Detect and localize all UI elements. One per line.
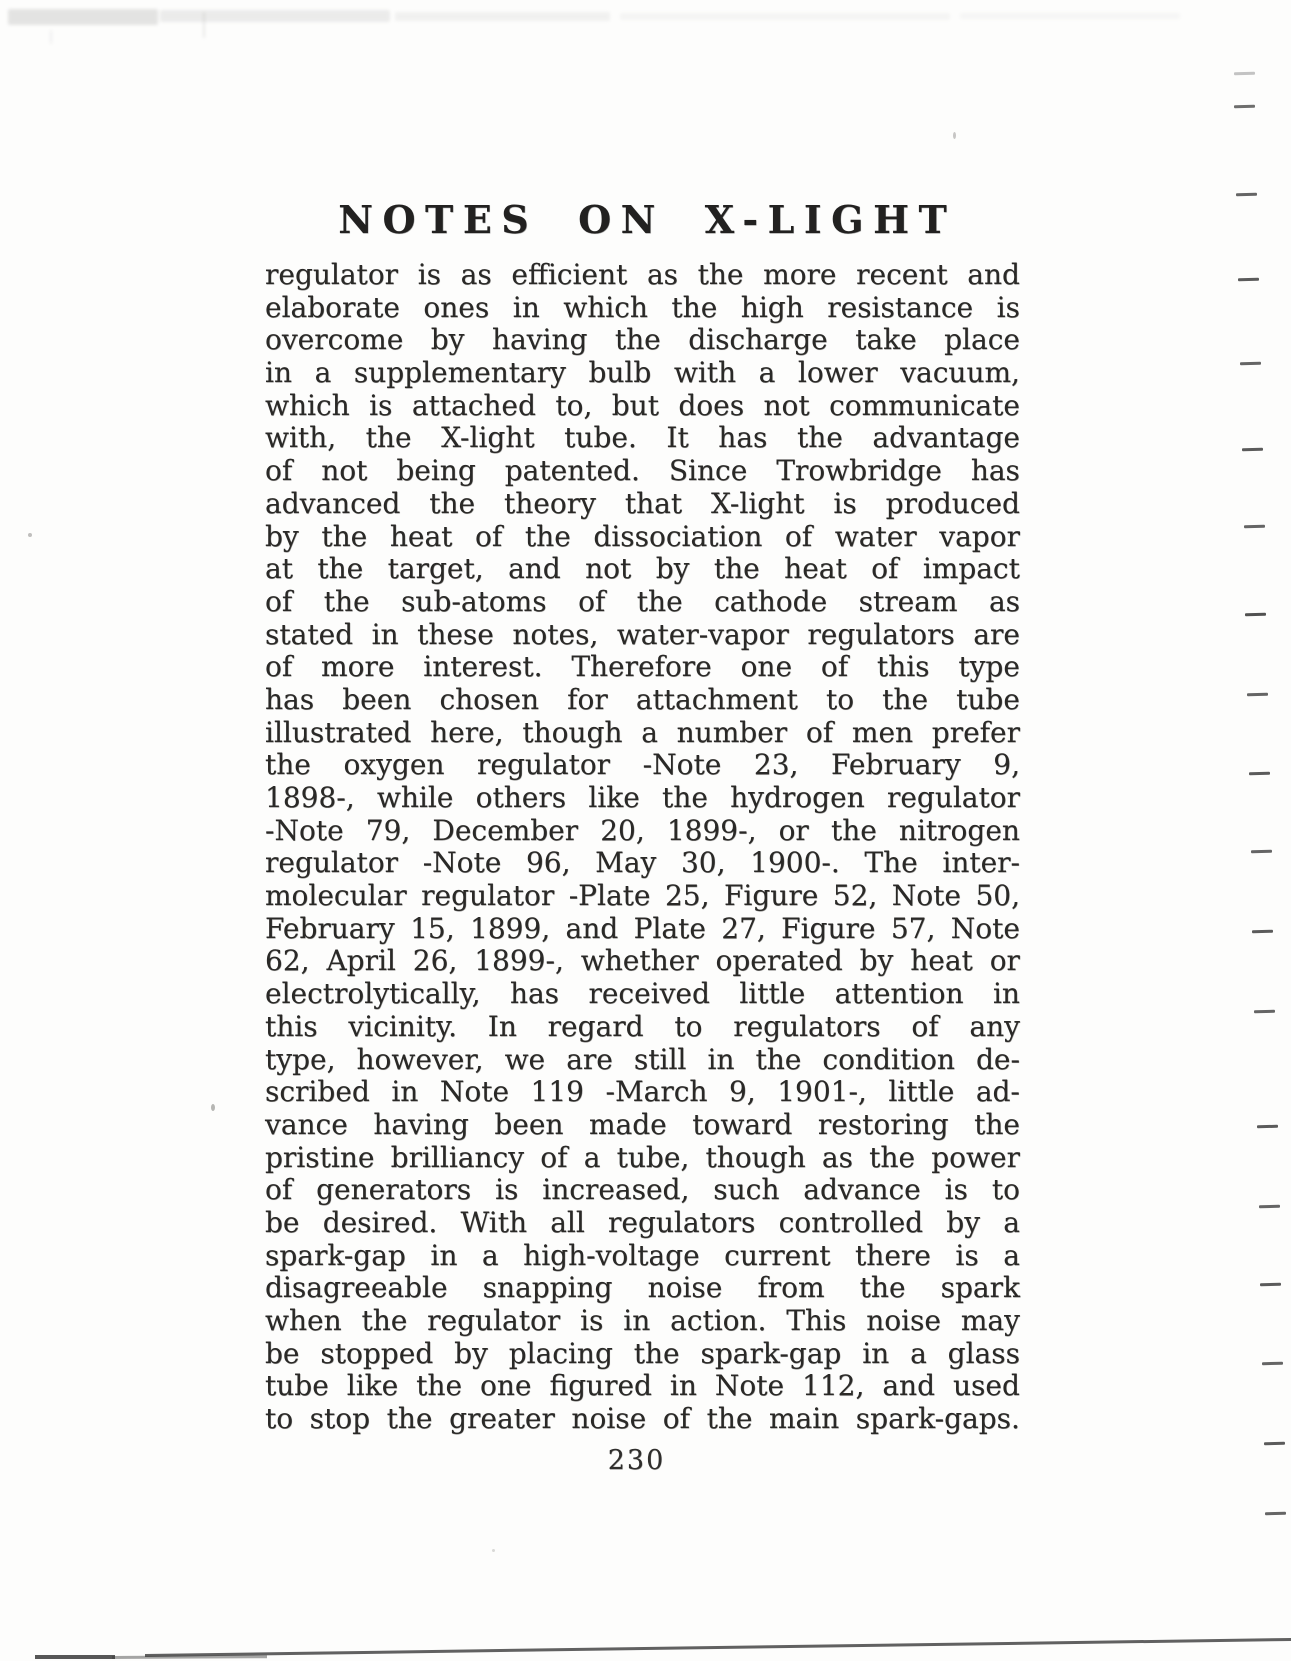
page-edge-dash <box>1234 72 1255 75</box>
word: is <box>495 1174 518 1207</box>
word: pristine <box>265 1142 374 1175</box>
word: 20, <box>600 815 645 848</box>
word: having <box>492 324 587 357</box>
page-number: 230 <box>259 1446 1014 1476</box>
word: the <box>634 1338 680 1371</box>
word: the <box>321 521 367 554</box>
scan-smudge <box>960 13 1180 19</box>
text-line-1: regulatorisasefficientasthemorerecentand <box>265 259 1020 292</box>
word: produced <box>886 488 1020 521</box>
word: in <box>993 978 1020 1011</box>
word: oxygen <box>343 749 444 782</box>
word: a <box>910 1338 927 1371</box>
word: the <box>317 553 363 586</box>
word: 57, <box>891 913 936 946</box>
page-edge-dash <box>1242 448 1263 451</box>
word: snapping <box>483 1272 613 1305</box>
word: power <box>931 1142 1020 1175</box>
word: stop <box>310 1403 370 1436</box>
word: the <box>707 1403 753 1436</box>
page-edge-dash <box>1257 1125 1278 1128</box>
word: has <box>971 455 1020 488</box>
word: Plate <box>634 913 706 946</box>
word: a <box>1003 1207 1020 1240</box>
word: attachment <box>636 684 798 717</box>
word: of <box>265 455 292 488</box>
word: by <box>265 521 299 554</box>
word: or <box>779 815 809 848</box>
word: cathode <box>714 586 827 619</box>
word: which <box>265 390 350 423</box>
word: brilliancy <box>391 1142 524 1175</box>
word: regulator <box>265 259 398 292</box>
word: the <box>974 1109 1020 1142</box>
word: generators <box>316 1174 471 1207</box>
text-line-9: bytheheatofthedissociationofwatervapor <box>265 521 1020 554</box>
word: 79, <box>366 815 411 848</box>
word: in <box>670 1370 697 1403</box>
word: any <box>969 1011 1020 1044</box>
word: spark <box>941 1272 1020 1305</box>
word: vacuum, <box>900 357 1020 390</box>
word: has <box>510 978 559 1011</box>
page-edge-dash <box>1254 1010 1275 1013</box>
text-line-15: illustratedhere,thoughanumberofmenprefer <box>265 717 1020 750</box>
word: when <box>265 1305 342 1338</box>
word: vicinity. <box>348 1011 457 1044</box>
word: the <box>869 1142 915 1175</box>
word: and <box>508 553 561 586</box>
word: which <box>563 292 648 325</box>
ink-speck <box>28 533 32 537</box>
word: regulator <box>477 749 610 782</box>
word: Since <box>669 455 747 488</box>
word: as <box>989 586 1020 619</box>
word: in <box>623 1305 650 1338</box>
word: -March <box>606 1076 708 1109</box>
word: 52, <box>833 880 878 913</box>
ink-speck <box>492 1549 495 1552</box>
word: the <box>882 684 928 717</box>
word: regulator <box>421 880 554 913</box>
word: spark-gap <box>700 1338 841 1371</box>
page-edge-dash <box>1244 525 1265 528</box>
word: such <box>713 1174 779 1207</box>
word: received <box>588 978 709 1011</box>
word: greater <box>449 1403 555 1436</box>
word: used <box>953 1370 1020 1403</box>
word: men <box>852 717 913 750</box>
word: The <box>864 847 917 880</box>
word: vance <box>265 1109 348 1142</box>
word: the <box>387 1403 433 1436</box>
word: these <box>417 619 494 652</box>
word: spark-gap <box>265 1240 406 1273</box>
word: here, <box>430 717 503 750</box>
word: this <box>265 1011 318 1044</box>
word: desired. <box>323 1207 438 1240</box>
word: others <box>476 782 566 815</box>
word: does <box>678 390 744 423</box>
text-line-5: whichisattachedto,butdoesnotcommunicate <box>265 390 1020 423</box>
word: in <box>265 357 292 390</box>
word: regard <box>548 1011 644 1044</box>
word: a <box>584 1142 601 1175</box>
word: are <box>973 619 1020 652</box>
word: X-light <box>441 422 535 455</box>
word: condition <box>822 1044 955 1077</box>
word: elaborate <box>265 292 400 325</box>
word: one <box>480 1370 531 1403</box>
word: be <box>265 1207 300 1240</box>
word: increased, <box>542 1174 689 1207</box>
word: It <box>666 422 688 455</box>
word: like <box>588 782 639 815</box>
word: scribed <box>265 1076 370 1109</box>
word: is <box>833 488 856 521</box>
word: that <box>625 488 682 521</box>
word: 1901-, <box>777 1076 867 1109</box>
word: by <box>860 945 894 978</box>
word: nitrogen <box>899 815 1020 848</box>
text-line-31: spark-gapinahigh-voltagecurrentthereisa <box>265 1240 1020 1273</box>
text-line-11: ofthesub-atomsofthecathodestreamas <box>265 586 1020 619</box>
word: regulators <box>733 1011 880 1044</box>
word: resistance <box>827 292 973 325</box>
text-line-28: pristinebrilliancyofatube,thoughasthepow… <box>265 1142 1020 1175</box>
word: in <box>372 619 399 652</box>
word: 112, <box>802 1370 864 1403</box>
word: of <box>871 553 898 586</box>
word: molecular <box>265 880 407 913</box>
word: prefer <box>932 717 1020 750</box>
page-edge-dash <box>1258 1205 1279 1208</box>
word: number <box>677 717 788 750</box>
word: -Note <box>265 815 344 848</box>
word: while <box>377 782 453 815</box>
word: dissociation <box>593 521 762 554</box>
word: advantage <box>872 422 1020 455</box>
word: little <box>739 978 805 1011</box>
text-line-4: inasupplementarybulbwithalowervacuum, <box>265 357 1020 390</box>
word: recent <box>856 259 948 292</box>
word: This <box>786 1305 846 1338</box>
word: to, <box>555 390 592 423</box>
word: is <box>418 259 441 292</box>
word: a <box>482 1240 499 1273</box>
word: of <box>806 717 833 750</box>
word: regulator <box>427 1305 560 1338</box>
word: the <box>615 324 661 357</box>
word: to <box>826 684 854 717</box>
text-line-8: advancedthetheorythatX-lightisproduced <box>265 488 1020 521</box>
word: of <box>265 651 292 684</box>
word: and <box>967 259 1020 292</box>
word: of <box>821 651 848 684</box>
word: regulator <box>887 782 1020 815</box>
word: interest. <box>423 651 542 684</box>
word: heat <box>910 945 973 978</box>
word: though <box>522 717 622 750</box>
scan-smudge <box>203 12 205 38</box>
word: 23, <box>754 749 799 782</box>
text-line-3: overcomebyhavingthedischargetakeplace <box>265 324 1020 357</box>
word: 27, <box>721 913 766 946</box>
word: not <box>321 455 367 488</box>
word: and <box>566 913 619 946</box>
word: and <box>882 1370 935 1403</box>
text-line-21: February15,1899,andPlate27,Figure57,Note <box>265 913 1020 946</box>
word: of <box>785 521 812 554</box>
word: stated <box>265 619 353 652</box>
word: controlled <box>779 1207 923 1240</box>
word: like <box>347 1370 398 1403</box>
word: lower <box>798 357 878 390</box>
text-line-32: disagreeablesnappingnoisefromthespark <box>265 1272 1020 1305</box>
word: Note <box>892 880 961 913</box>
word: 119 <box>531 1076 584 1109</box>
word: April <box>326 945 395 978</box>
word: 50, <box>975 880 1020 913</box>
text-line-33: whentheregulatorisinaction.Thisnoisemay <box>265 1305 1020 1338</box>
word: are <box>566 1044 613 1077</box>
word: being <box>396 455 475 488</box>
page-edge-dash <box>1260 1283 1281 1286</box>
word: impact <box>923 553 1020 586</box>
word: illustrated <box>265 717 411 750</box>
word: regulators <box>807 619 954 652</box>
word: the <box>416 1370 462 1403</box>
word: 1899, <box>470 913 550 946</box>
word: in <box>391 1076 418 1109</box>
word: in <box>513 292 540 325</box>
word: from <box>757 1272 824 1305</box>
page-title: NOTES ON X-LIGHT <box>265 198 1020 242</box>
word: supplementary <box>354 357 566 390</box>
word: tube <box>956 684 1020 717</box>
word: little <box>888 1076 954 1109</box>
word: to <box>265 1403 293 1436</box>
page-edge-dash <box>1238 278 1259 281</box>
word: of <box>475 521 502 554</box>
text-line-20: molecularregulator-Plate25,Figure52,Note… <box>265 880 1020 913</box>
page-edge-dash <box>1262 1362 1283 1365</box>
word: place <box>944 324 1020 357</box>
page-edge-dash <box>1247 693 1268 696</box>
word: is <box>997 292 1020 325</box>
word: 15, <box>410 913 455 946</box>
word: noise <box>866 1305 941 1338</box>
word: notes, <box>512 619 598 652</box>
word: there <box>855 1240 931 1273</box>
word: current <box>724 1240 830 1273</box>
word: water-vapor <box>617 619 789 652</box>
scan-smudge <box>395 12 610 21</box>
page-edge-dash <box>1265 1512 1286 1515</box>
word: glass <box>948 1338 1020 1371</box>
word: target, <box>388 553 484 586</box>
word: 30, <box>681 847 726 880</box>
word: though <box>706 1142 806 1175</box>
word: of <box>911 1011 938 1044</box>
word: has <box>718 422 767 455</box>
word: as <box>822 1142 853 1175</box>
word: In <box>488 1011 517 1044</box>
word: ad- <box>976 1076 1020 1109</box>
word: X-light <box>711 488 805 521</box>
word: but <box>612 390 659 423</box>
scan-smudge <box>50 30 52 44</box>
word: this <box>877 651 930 684</box>
word: be <box>265 1338 300 1371</box>
word: not <box>764 390 810 423</box>
word: a <box>759 357 776 390</box>
word: tube <box>265 1370 329 1403</box>
text-line-30: bedesired.Withallregulatorscontrolledbya <box>265 1207 1020 1240</box>
text-line-16: theoxygenregulator-Note23,February9, <box>265 749 1020 782</box>
text-line-18: -Note79,December20,1899-,orthenitrogen <box>265 815 1020 848</box>
word: as <box>461 259 492 292</box>
word: at <box>265 553 293 586</box>
word: to <box>992 1174 1020 1207</box>
word: type <box>958 651 1020 684</box>
word: as <box>647 259 678 292</box>
word: main <box>769 1403 839 1436</box>
word: stopped <box>320 1338 433 1371</box>
page-edge-dash <box>1251 850 1272 853</box>
ink-speck <box>953 132 956 139</box>
word: 1898-, <box>265 782 355 815</box>
page-bottom-edge-line <box>145 1638 1291 1657</box>
word: with <box>674 357 736 390</box>
word: de- <box>976 1044 1020 1077</box>
word: the <box>755 1044 801 1077</box>
scan-smudge <box>8 9 158 25</box>
word: the <box>637 586 683 619</box>
word: 1900-. <box>750 847 840 880</box>
word: is <box>955 1240 978 1273</box>
text-line-14: hasbeenchosenforattachmenttothetube <box>265 684 1020 717</box>
word: the <box>671 292 717 325</box>
page-bottom-edge-line <box>35 1655 115 1659</box>
word: in <box>430 1240 457 1273</box>
word: the <box>265 749 311 782</box>
text-line-36: tostopthegreaternoiseofthemainspark-gaps… <box>265 1403 1020 1436</box>
page-edge-dash <box>1245 613 1266 616</box>
word: chosen <box>439 684 539 717</box>
text-line-13: ofmoreinterest.Thereforeoneofthistype <box>265 651 1020 684</box>
word: restoring <box>818 1109 949 1142</box>
word: to <box>674 1011 702 1044</box>
word: of <box>540 1142 567 1175</box>
word: May <box>595 847 656 880</box>
scanned-book-page: NOTES ON X-LIGHT regulatorisasefficienta… <box>0 0 1291 1661</box>
word: however, <box>357 1044 484 1077</box>
word: whether <box>581 945 699 978</box>
word: by <box>454 1338 488 1371</box>
word: tube, <box>617 1142 690 1175</box>
text-line-2: elaborateonesinwhichthehighresistanceis <box>265 292 1020 325</box>
word: noise <box>571 1403 646 1436</box>
page-edge-dash <box>1234 105 1255 108</box>
word: figured <box>549 1370 652 1403</box>
word: 9, <box>993 749 1020 782</box>
word: 25, <box>665 880 710 913</box>
page-edge-dash <box>1236 193 1257 196</box>
word: advanced <box>265 488 400 521</box>
word: February <box>831 749 961 782</box>
word: the <box>429 488 475 521</box>
body-text-column: regulatorisasefficientasthemorerecentand… <box>265 259 1020 1436</box>
word: the <box>698 259 744 292</box>
text-line-25: type,however,wearestillintheconditionde- <box>265 1044 1020 1077</box>
text-line-6: with,theX-lighttube.Ithastheadvantage <box>265 422 1020 455</box>
word: attention <box>835 978 964 1011</box>
word: advance <box>803 1174 920 1207</box>
text-line-24: thisvicinity.Inregardtoregulatorsofany <box>265 1011 1020 1044</box>
word: the <box>714 553 760 586</box>
word: Figure <box>781 913 875 946</box>
word: placing <box>509 1338 613 1371</box>
text-line-23: electrolytically,hasreceivedlittleattent… <box>265 978 1020 1011</box>
word: vapor <box>939 521 1020 554</box>
word: With <box>460 1207 527 1240</box>
word: not <box>585 553 631 586</box>
word: ones <box>423 292 489 325</box>
word: more <box>763 259 836 292</box>
word: for <box>567 684 608 717</box>
word: 1899-, <box>474 945 564 978</box>
word: in <box>707 1044 734 1077</box>
word: high-voltage <box>523 1240 699 1273</box>
word: by <box>946 1207 980 1240</box>
word: communicate <box>829 390 1020 423</box>
word: of <box>663 1403 690 1436</box>
word: the <box>831 815 877 848</box>
word: all <box>550 1207 585 1240</box>
word: attached <box>412 390 536 423</box>
scan-smudge <box>160 10 390 22</box>
word: one <box>741 651 792 684</box>
word: still <box>634 1044 687 1077</box>
word: regulator <box>265 847 398 880</box>
word: is <box>580 1305 603 1338</box>
word: of <box>578 586 605 619</box>
word: been <box>342 684 411 717</box>
word: bulb <box>588 357 651 390</box>
text-line-22: 62,April26,1899-,whetheroperatedbyheator <box>265 945 1020 978</box>
word: of <box>265 586 292 619</box>
ink-speck <box>211 1104 215 1111</box>
page-edge-dash <box>1249 772 1270 775</box>
word: of <box>265 1174 292 1207</box>
word: Note <box>951 913 1020 946</box>
word: high <box>741 292 804 325</box>
word: noise <box>648 1272 723 1305</box>
scan-smudge <box>620 13 950 20</box>
page-edge-dash <box>1264 1442 1285 1445</box>
word: by <box>431 324 465 357</box>
text-line-19: regulator-Note96,May30,1900-.Theinter- <box>265 847 1020 880</box>
word: inter- <box>942 847 1020 880</box>
word: been <box>494 1109 563 1142</box>
word: February <box>265 913 395 946</box>
word: -Note <box>643 749 722 782</box>
word: heat <box>390 521 453 554</box>
word: the <box>662 782 708 815</box>
word: we <box>505 1044 546 1077</box>
word: electrolytically, <box>265 978 481 1011</box>
